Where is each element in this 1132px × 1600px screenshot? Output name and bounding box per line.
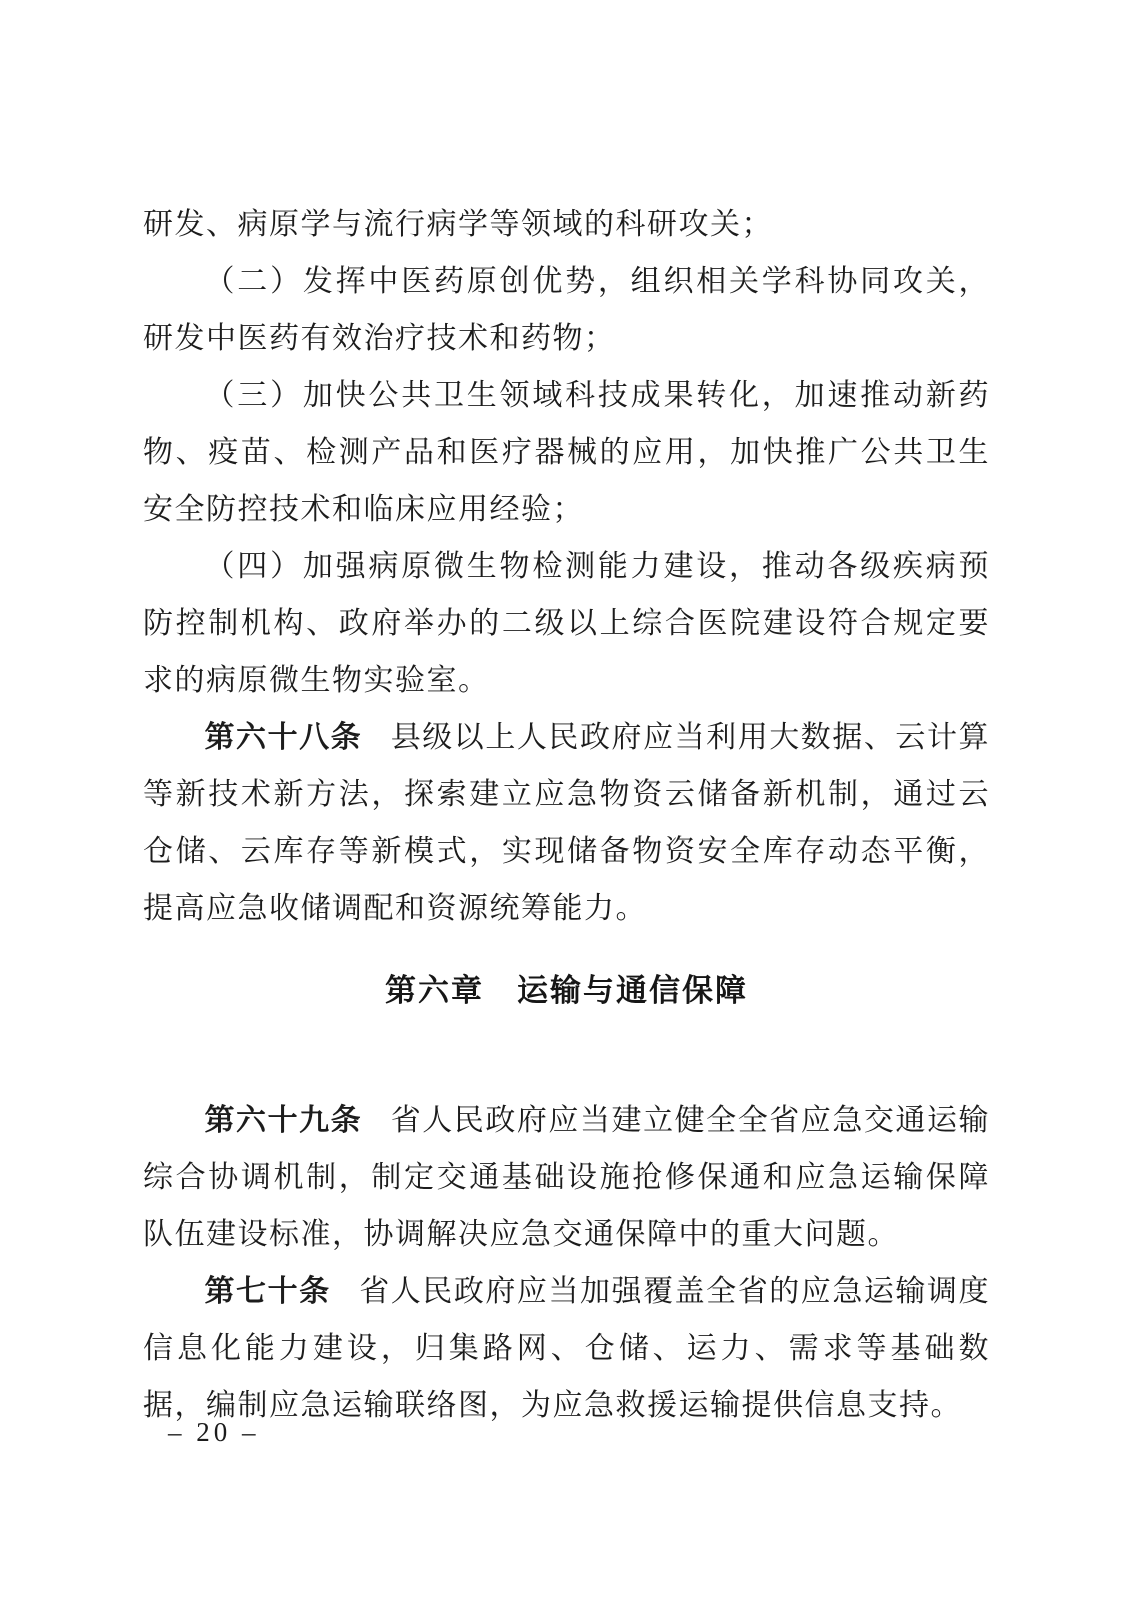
article-number: 第六十九条 [205, 1104, 363, 1137]
article-number: 第七十条 [205, 1275, 331, 1308]
paragraph-text: （四）加强病原微生物检测能力建设，推动各级疾病预防控制机构、政府举办的二级以上综… [143, 550, 990, 697]
paragraph-text: 研发、病原学与流行病学等领域的科研攻关； [143, 208, 773, 241]
document-body: 研发、病原学与流行病学等领域的科研攻关； （二）发挥中医药原创优势，组织相关学科… [143, 196, 990, 1434]
body-paragraph: （三）加快公共卫生领域科技成果转化，加速推动新药物、疫苗、检测产品和医疗器械的应… [143, 367, 990, 538]
body-paragraph: 研发、病原学与流行病学等领域的科研攻关； [143, 196, 990, 253]
body-paragraph: 第七十条省人民政府应当加强覆盖全省的应急运输调度信息化能力建设，归集路网、仓储、… [143, 1263, 990, 1434]
document-page: 研发、病原学与流行病学等领域的科研攻关； （二）发挥中医药原创优势，组织相关学科… [0, 0, 1132, 1600]
paragraph-text: （二）发挥中医药原创优势，组织相关学科协同攻关，研发中医药有效治疗技术和药物； [143, 265, 990, 355]
paragraph-text: （三）加快公共卫生领域科技成果转化，加速推动新药物、疫苗、检测产品和医疗器械的应… [143, 379, 990, 526]
chapter-heading: 第六章 运输与通信保障 [143, 962, 990, 1019]
body-paragraph: 第六十九条省人民政府应当建立健全全省应急交通运输综合协调机制，制定交通基础设施抢… [143, 1092, 990, 1263]
page-number: – 20 – [168, 1412, 260, 1452]
body-paragraph: 第六十八条县级以上人民政府应当利用大数据、云计算等新技术新方法，探索建立应急物资… [143, 709, 990, 937]
body-paragraph: （二）发挥中医药原创优势，组织相关学科协同攻关，研发中医药有效治疗技术和药物； [143, 253, 990, 367]
body-paragraph: （四）加强病原微生物检测能力建设，推动各级疾病预防控制机构、政府举办的二级以上综… [143, 538, 990, 709]
article-number: 第六十八条 [205, 721, 363, 754]
